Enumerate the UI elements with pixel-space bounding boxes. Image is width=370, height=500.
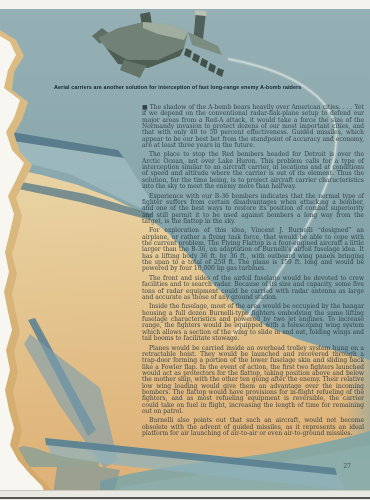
magazine-page-scan: Aerial carriers are another solution for… <box>0 0 370 500</box>
paragraph-1: ■ The shadow of the A-bomb bears heavily… <box>142 105 364 149</box>
paragraph-8: Burnelli also points out that such an ai… <box>142 418 364 437</box>
flying-flattop-aircraft-illustration <box>88 8 233 86</box>
paragraph-7: Planes would be carried inside an overhe… <box>142 346 364 416</box>
paragraph-4: For exploration of this idea, Vincent J.… <box>142 228 364 272</box>
paragraph-6: Inside the fuselage, most of the area wo… <box>142 304 364 342</box>
paragraph-5: The front and sides of the airfoil fusel… <box>142 276 364 301</box>
page-number: 27 <box>343 463 351 470</box>
article-body: ■ The shadow of the A-bomb bears heavily… <box>142 105 364 441</box>
paragraph-3: Experience with our B-36 bombers indicat… <box>142 194 364 226</box>
photo-caption: Aerial carriers are another solution for… <box>54 85 344 91</box>
paragraph-2: The place to stop the Red bombers headed… <box>142 152 364 190</box>
top-margin <box>0 0 370 9</box>
bottom-margin <box>0 490 370 500</box>
